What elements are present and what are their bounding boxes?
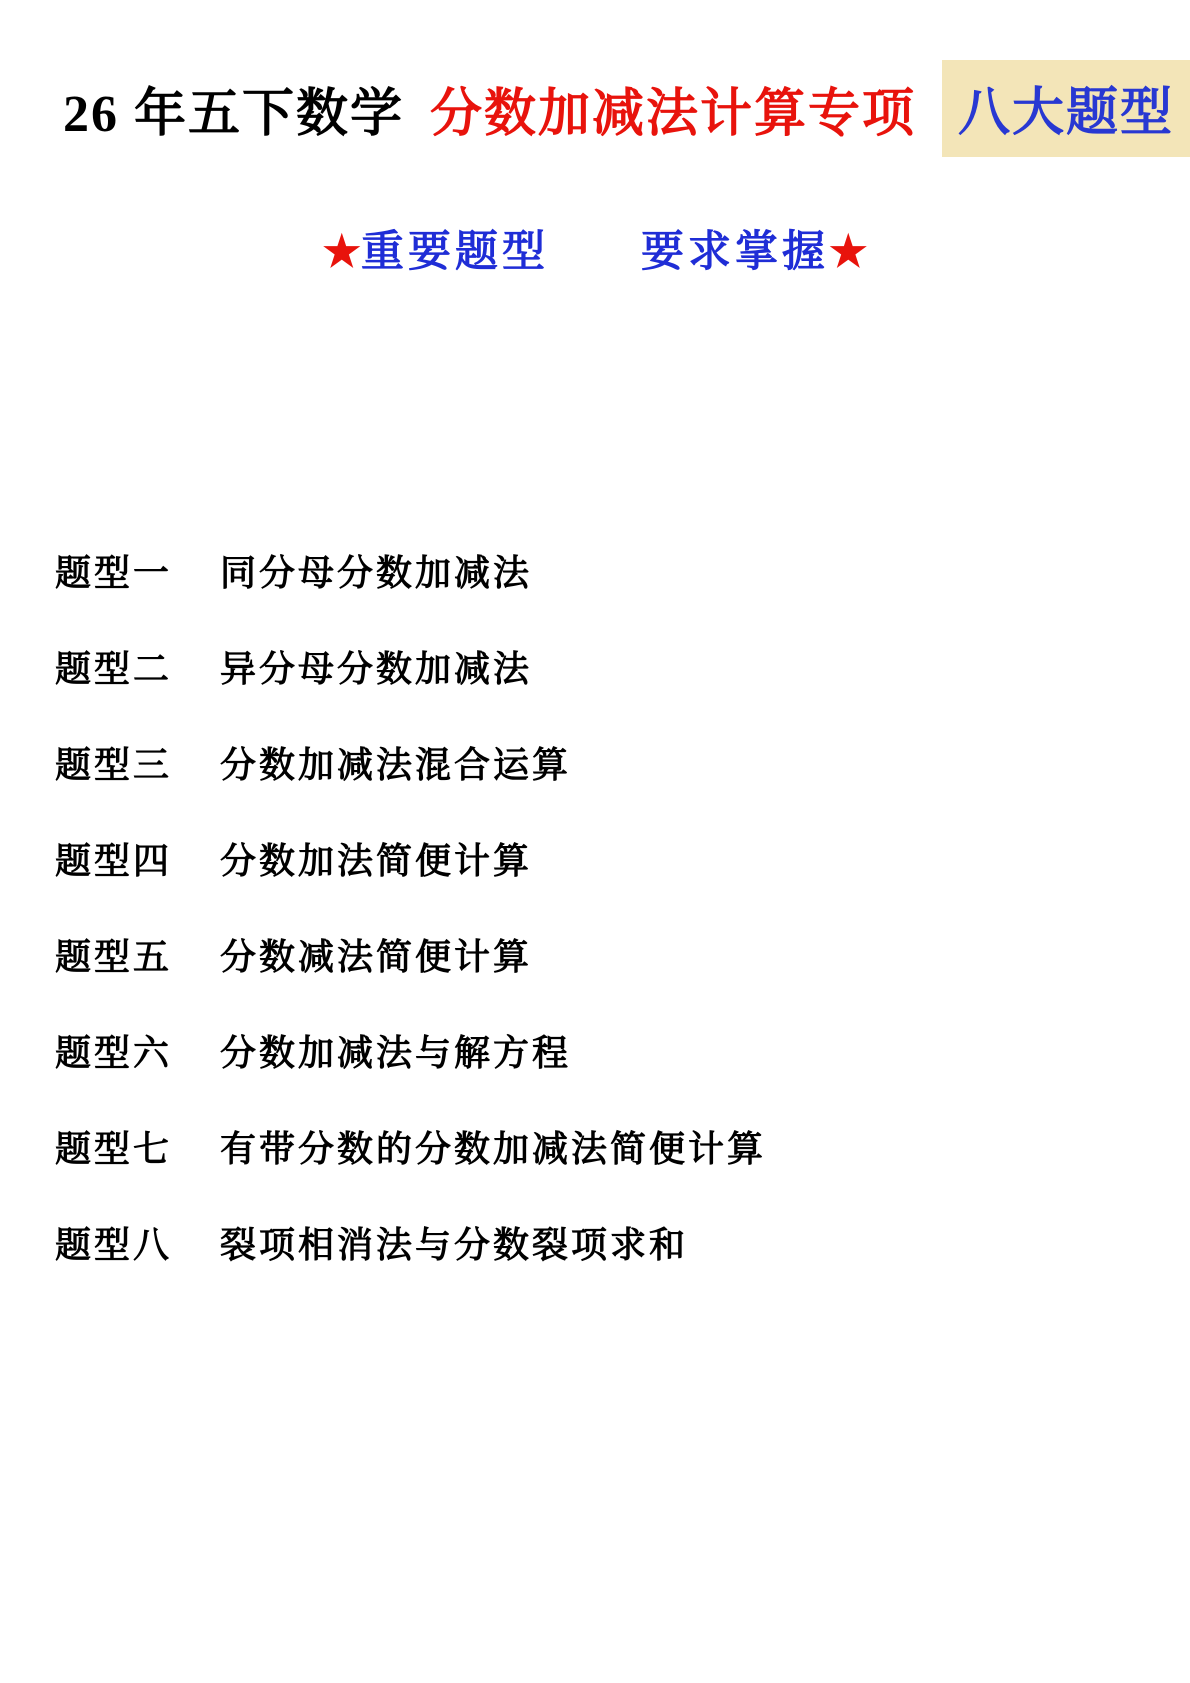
toc-item-label: 题型三	[55, 737, 220, 788]
page-title: 26 年五下数学 分数加减法计算专项 八大题型	[63, 60, 1190, 157]
toc-item-label: 题型四	[55, 833, 220, 884]
toc-row: 题型七 有带分数的分数加减法简便计算	[55, 1098, 1150, 1194]
title-highlighted-badge: 八大题型	[942, 60, 1190, 157]
toc-item-label: 题型二	[55, 641, 220, 692]
subtitle: ★重要题型要求掌握★	[0, 218, 1190, 279]
toc-item-title: 裂项相消法与分数裂项求和	[220, 1217, 688, 1268]
star-icon: ★	[322, 229, 361, 276]
toc-item-label: 题型八	[55, 1217, 220, 1268]
toc-item-title: 分数加减法混合运算	[220, 737, 571, 788]
toc-item-label: 题型一	[55, 545, 220, 596]
toc-item-label: 题型六	[55, 1025, 220, 1076]
subtitle-left-text: 重要题型	[361, 229, 549, 276]
toc-item-title: 分数减法简便计算	[220, 929, 532, 980]
toc-item-title: 同分母分数加减法	[220, 545, 532, 596]
toc-item-title: 分数加减法与解方程	[220, 1025, 571, 1076]
title-course-label: 26 年五下数学	[63, 71, 404, 146]
document-page: 26 年五下数学 分数加减法计算专项 八大题型 ★重要题型要求掌握★ 题型一 同…	[0, 0, 1190, 1683]
toc-row: 题型一 同分母分数加减法	[55, 522, 1150, 618]
toc-item-label: 题型七	[55, 1121, 220, 1172]
toc-item-title: 分数加法简便计算	[220, 833, 532, 884]
subtitle-right-text: 要求掌握	[641, 229, 829, 276]
star-icon: ★	[829, 229, 868, 276]
toc-item-title: 异分母分数加减法	[220, 641, 532, 692]
toc-row: 题型六 分数加减法与解方程	[55, 1002, 1150, 1098]
toc-row: 题型八 裂项相消法与分数裂项求和	[55, 1194, 1150, 1290]
title-topic-label: 分数加减法计算专项	[430, 71, 916, 146]
toc-row: 题型四 分数加法简便计算	[55, 810, 1150, 906]
toc-item-title: 有带分数的分数加减法简便计算	[220, 1121, 766, 1172]
toc-row: 题型五 分数减法简便计算	[55, 906, 1150, 1002]
toc-row: 题型二 异分母分数加减法	[55, 618, 1150, 714]
toc-row: 题型三 分数加减法混合运算	[55, 714, 1150, 810]
toc-item-label: 题型五	[55, 929, 220, 980]
table-of-contents: 题型一 同分母分数加减法 题型二 异分母分数加减法 题型三 分数加减法混合运算 …	[55, 522, 1150, 1290]
